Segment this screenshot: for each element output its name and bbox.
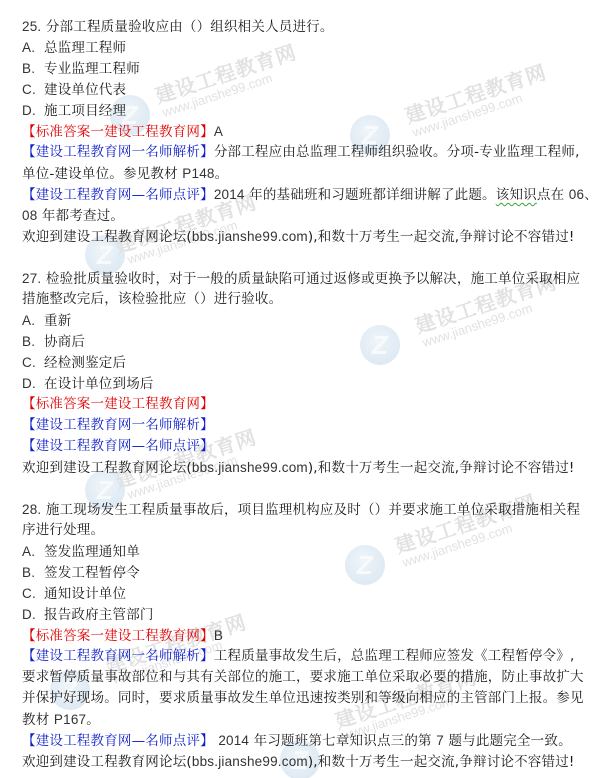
answer-label: 【标准答案一建设工程教育网】 [22,628,214,644]
question-number: 27. [22,271,41,286]
comment-line: 【建设工程教育网—名师点评】 [22,436,592,457]
option-letter: D. [22,604,44,625]
question-stem: 25. 分部工程质量验收应由（）组织相关人员进行。 [22,16,592,37]
answer-line: 【标准答案一建设工程教育网】B [22,625,592,646]
comment-text: 题与此题完全一致。 [448,733,571,749]
analysis-label: 【建设工程教育网一名师解析】 [22,144,214,160]
option-letter: C. [22,352,44,373]
comment-label: 【建设工程教育网—名师点评】 [22,438,214,454]
question-stem: 27. 检验批质量验收时，对于一般的质量缺陷可通过返修或更换予以解决，施工单位采… [22,268,592,289]
comment-line: 08 年都考查过。 [22,205,592,226]
forum-link[interactable]: bbs.jianshe99.com [192,754,308,769]
option-letter: B. [22,58,44,79]
question-text: 施工现场发生工程质量事故后，项目监理机构应及时（）并要求施工单位采取措施相关程 [46,502,580,518]
option-text: 总监理工程师 [44,40,126,56]
spacer [22,247,592,268]
option-text: 签发工程暂停令 [44,565,140,581]
analysis-label: 【建设工程教育网一名师解析】 [22,648,214,664]
comment-year: 2014 [214,187,245,202]
option-letter: D. [22,373,44,394]
comment-text: 年习题班第七章知识点三的第 [254,733,432,749]
answer-value: A [214,124,223,139]
analysis-line: 【建设工程教育网一名师解析】 [22,415,592,436]
forum-link[interactable]: bbs.jianshe99.com [192,460,308,475]
option-a: A.签发监理通知单 [22,541,592,562]
forum-line: 欢迎到建设工程教育网论坛(bbs.jianshe99.com),和数十万考生一起… [22,751,592,772]
question-text: 措施整改完后，该检验批应（）进行验收。 [22,291,282,307]
analysis-label: 【建设工程教育网一名师解析】 [22,417,214,433]
question-number: 25. [22,19,41,34]
option-a: A.总监理工程师 [22,37,592,58]
comment-label: 【建设工程教育网—名师点评】 [22,733,214,749]
option-text: 协商后 [44,334,85,350]
analysis-line: 教材 P167。 [22,709,592,730]
analysis-text: 并保护好现场。同时，要求质量事故发生单位迅速按类别和等级向相应的主管部门上报。参… [22,690,584,706]
comment-text: 点在 [537,187,564,203]
comment-number: 7 [436,733,444,748]
forum-line: 欢迎到建设工程教育网论坛(bbs.jianshe99.com),和数十万考生一起… [22,457,592,478]
answer-label: 【标准答案一建设工程教育网】 [22,396,214,412]
comment-text: 年都考查过。 [42,208,124,224]
page-reference: P148 [182,166,214,181]
forum-prefix: 欢迎到建设工程教育网论坛( [22,229,192,245]
question-stem: 28. 施工现场发生工程质量事故后，项目监理机构应及时（）并要求施工单位采取措施… [22,499,592,520]
analysis-text: 工程质量事故发生后，总监理工程师应签发《工程暂停令》, [214,648,575,664]
analysis-line: 【建设工程教育网一名师解析】工程质量事故发生后，总监理工程师应签发《工程暂停令》… [22,646,592,667]
page-reference: P167 [54,712,86,727]
option-c: C.经检测鉴定后 [22,352,592,373]
forum-prefix: 欢迎到建设工程教育网论坛( [22,754,192,770]
comment-label: 【建设工程教育网—名师点评】 [22,187,214,203]
analysis-line: 单位-建设单位。参见教材 P148。 [22,163,592,184]
comment-year: 2014 [218,733,249,748]
option-letter: A. [22,37,44,58]
option-text: 施工项目经理 [44,103,126,119]
option-letter: C. [22,79,44,100]
option-letter: D. [22,100,44,121]
option-b: B.专业监理工程师 [22,58,592,79]
comment-years: 08 [22,208,37,223]
question-25: 25. 分部工程质量验收应由（）组织相关人员进行。 A.总监理工程师 B.专业监… [22,16,592,247]
question-number: 28. [22,502,41,517]
option-b: B.协商后 [22,331,592,352]
option-letter: B. [22,331,44,352]
spellcheck-underlined-text: 该知识 [496,187,537,203]
option-text: 通知设计单位 [44,586,126,602]
question-text: 检验批质量验收时，对于一般的质量缺陷可通过返修或更换予以解决，施工单位采取相应 [46,271,580,287]
option-text: 签发监理通知单 [44,544,140,560]
analysis-text: 。 [86,712,100,728]
option-c: C.建设单位代表 [22,79,592,100]
forum-suffix: ),和数十万考生一起交流,争辩讨论不容错过! [308,754,575,770]
question-27: 27. 检验批质量验收时，对于一般的质量缺陷可通过返修或更换予以解决，施工单位采… [22,268,592,478]
analysis-text: 分部工程应由总监理工程师组织验收。分项-专业监理工程师, [214,144,580,160]
question-text: 序进行处理。 [22,522,104,538]
question-text: 分部工程质量验收应由（）组织相关人员进行。 [46,19,334,35]
forum-suffix: ),和数十万考生一起交流,争辩讨论不容错过! [308,229,575,245]
analysis-text: 教材 [22,712,49,728]
option-b: B.签发工程暂停令 [22,562,592,583]
analysis-text: 要求暂停质量事故部位和与其有关部位的施工，要求施工单位采取必要的措施，防止事故扩… [22,669,584,685]
option-text: 报告政府主管部门 [44,607,154,623]
question-28: 28. 施工现场发生工程质量事故后，项目监理机构应及时（）并要求施工单位采取措施… [22,499,592,772]
option-c: C.通知设计单位 [22,583,592,604]
comment-text: 年的基础班和习题班都详细讲解了此题。 [249,187,496,203]
option-d: D.在设计单位到场后 [22,373,592,394]
forum-suffix: ),和数十万考生一起交流,争辩讨论不容错过! [308,460,575,476]
forum-prefix: 欢迎到建设工程教育网论坛( [22,460,192,476]
comment-line: 【建设工程教育网—名师点评】2014 年的基础班和习题班都详细讲解了此题。该知识… [22,184,592,205]
comment-years: 06、 [569,187,596,202]
option-letter: A. [22,541,44,562]
comment-line: 【建设工程教育网—名师点评】 2014 年习题班第七章知识点三的第 7 题与此题… [22,730,592,751]
option-text: 专业监理工程师 [44,61,140,77]
option-text: 重新 [44,313,71,329]
question-stem: 序进行处理。 [22,520,592,541]
option-text: 在设计单位到场后 [44,376,154,392]
option-letter: B. [22,562,44,583]
forum-line: 欢迎到建设工程教育网论坛(bbs.jianshe99.com),和数十万考生一起… [22,226,592,247]
analysis-text: 单位-建设单位。参见教材 [22,166,178,182]
option-d: D.施工项目经理 [22,100,592,121]
analysis-line: 并保护好现场。同时，要求质量事故发生单位迅速按类别和等级向相应的主管部门上报。参… [22,688,592,709]
answer-label: 【标准答案一建设工程教育网】 [22,124,214,140]
answer-line: 【标准答案一建设工程教育网】A [22,121,592,142]
option-d: D.报告政府主管部门 [22,604,592,625]
question-stem: 措施整改完后，该检验批应（）进行验收。 [22,289,592,310]
forum-link[interactable]: bbs.jianshe99.com [192,229,308,244]
analysis-line: 【建设工程教育网一名师解析】分部工程应由总监理工程师组织验收。分项-专业监理工程… [22,142,592,163]
analysis-text: 。 [215,166,229,182]
spacer [22,478,592,499]
document-page: 25. 分部工程质量验收应由（）组织相关人员进行。 A.总监理工程师 B.专业监… [22,16,592,772]
option-text: 经检测鉴定后 [44,355,126,371]
option-letter: A. [22,310,44,331]
option-letter: C. [22,583,44,604]
answer-value: B [214,628,223,643]
answer-line: 【标准答案一建设工程教育网】 [22,394,592,415]
option-text: 建设单位代表 [44,82,126,98]
option-a: A.重新 [22,310,592,331]
analysis-line: 要求暂停质量事故部位和与其有关部位的施工，要求施工单位采取必要的措施，防止事故扩… [22,667,592,688]
